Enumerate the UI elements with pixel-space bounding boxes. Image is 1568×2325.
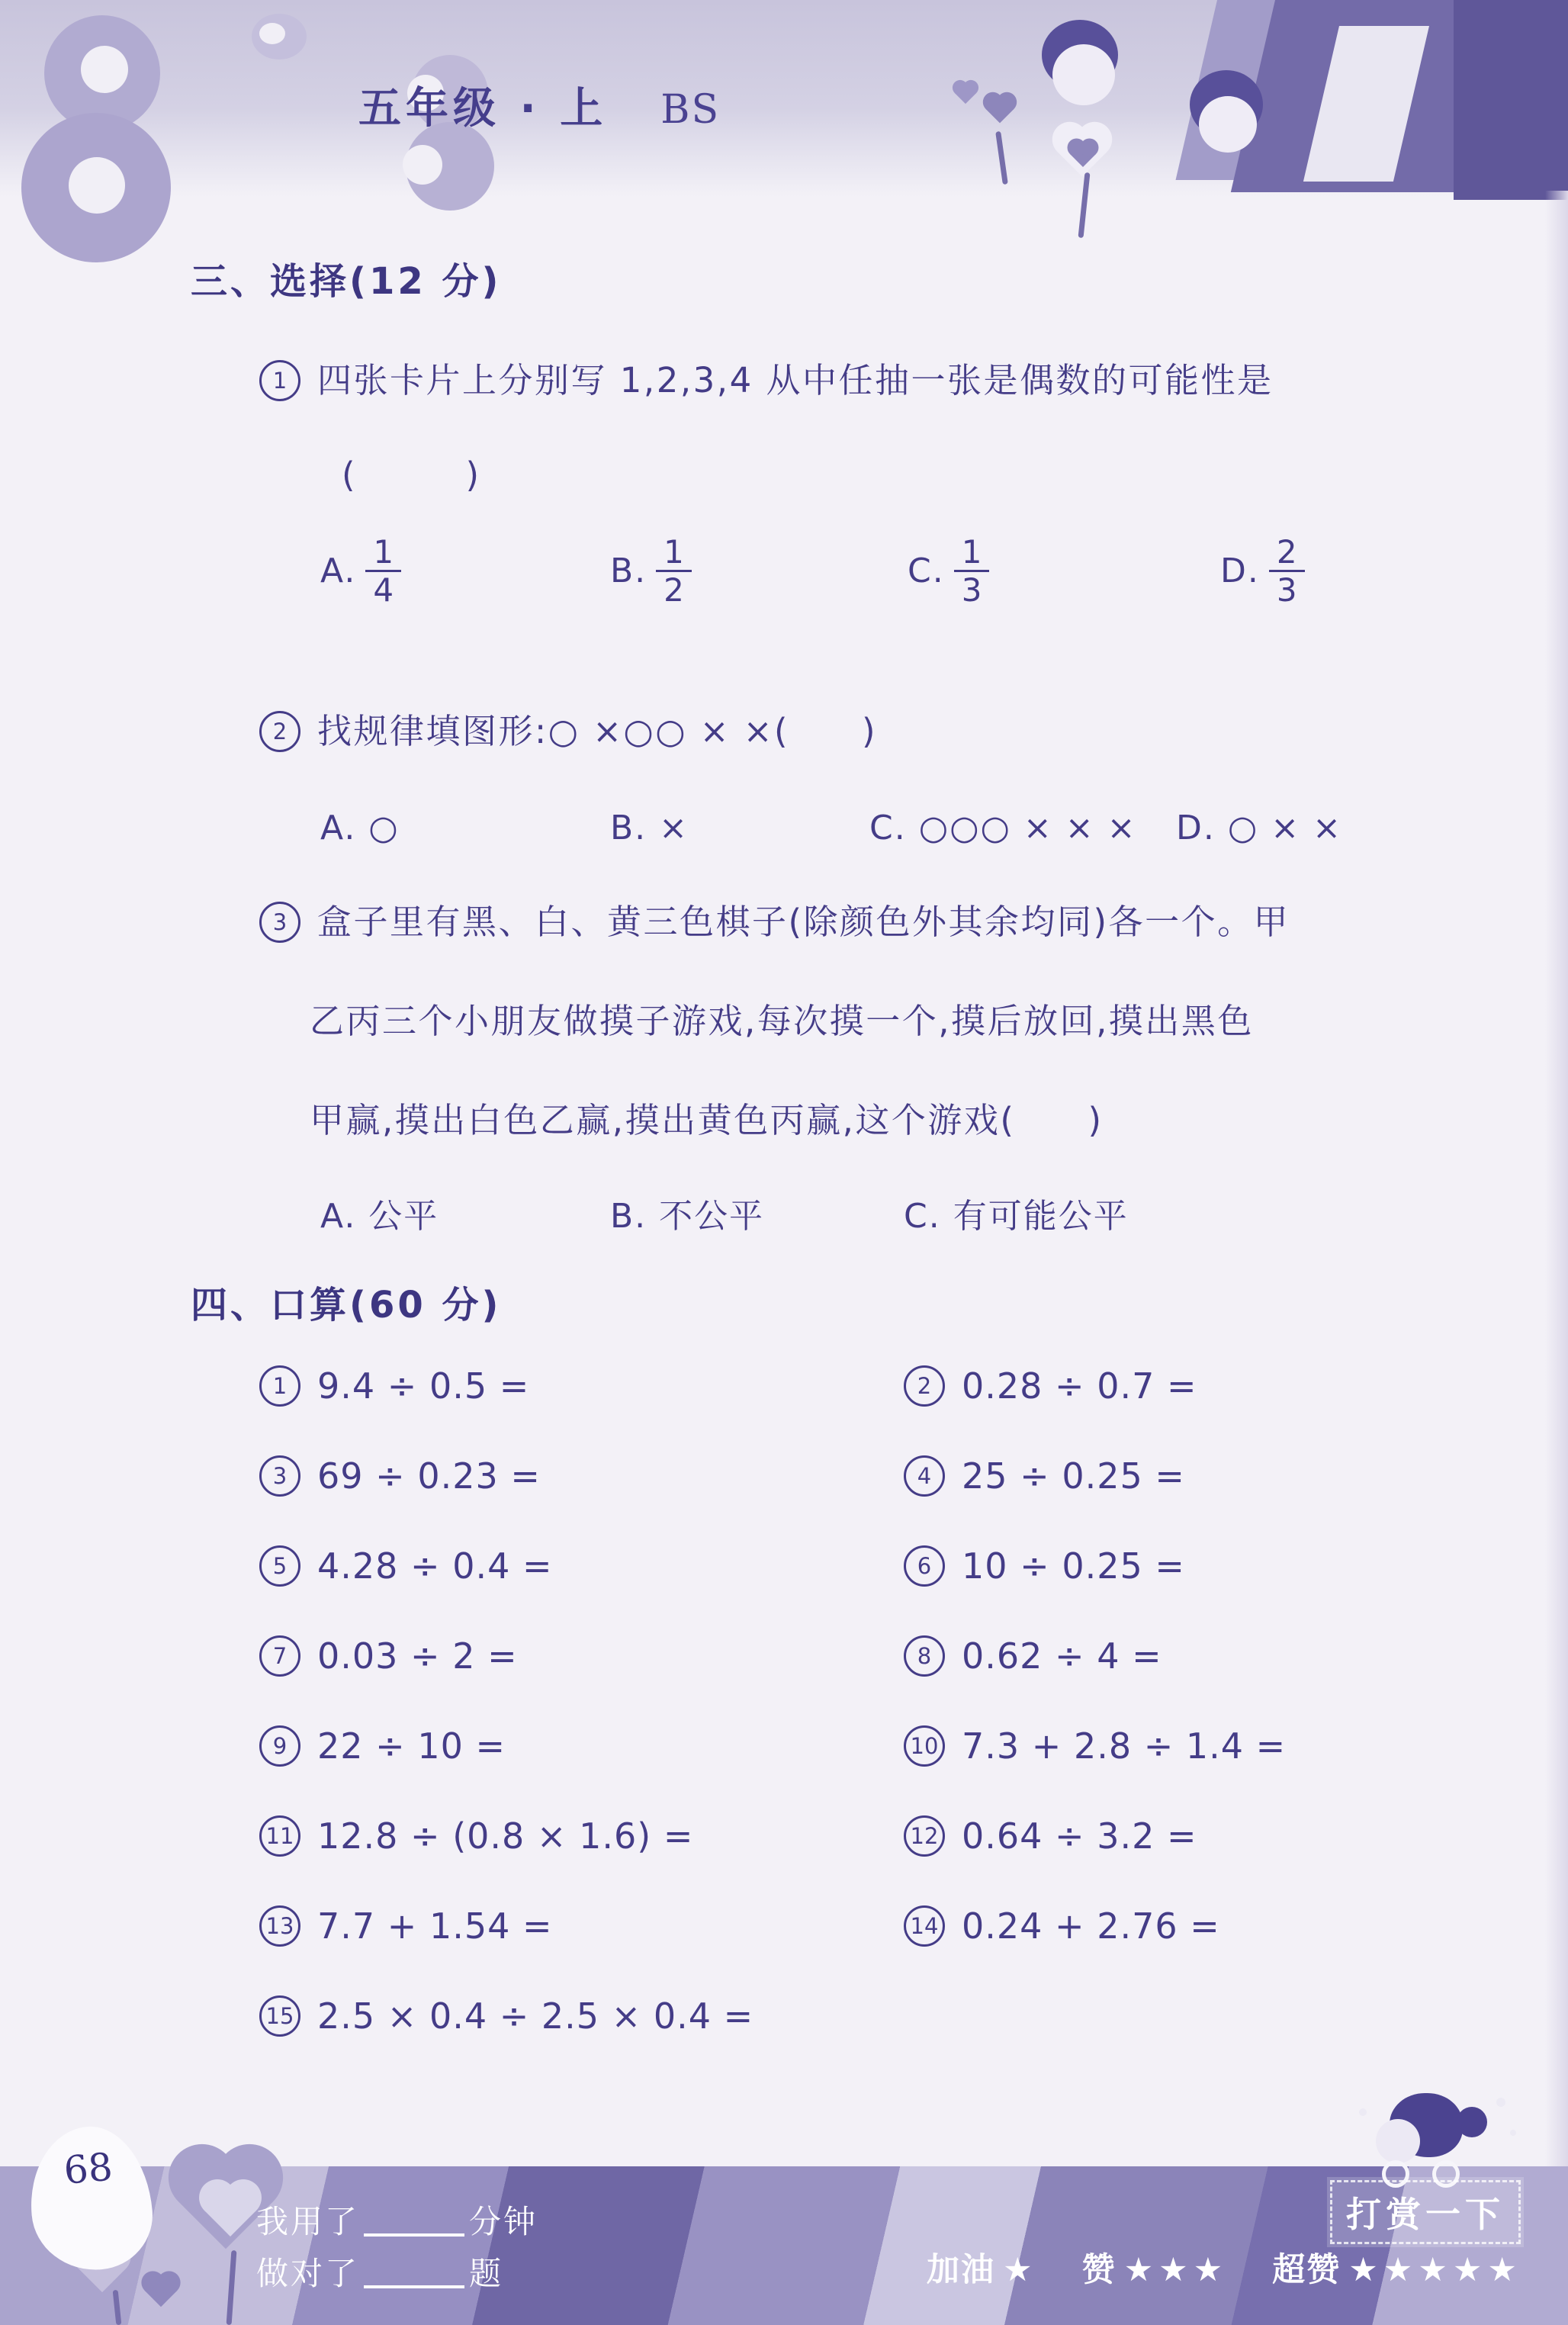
fraction: 1 2 [656,534,692,608]
problem-13: 137.7 + 1.54 = [259,1905,904,1947]
problem-9: 922 ÷ 10 = [259,1725,904,1767]
grid-spacer [904,1995,1495,2037]
time-used-suffix: 分钟 [469,2197,538,2243]
numerator: 1 [656,534,692,570]
problem-number: 13 [259,1905,300,1947]
q2-option-a: A. ○ [320,809,400,847]
problem-4: 425 ÷ 0.25 = [904,1455,1495,1497]
problem-number: 14 [904,1905,945,1947]
fraction: 1 3 [954,534,990,608]
problem-14: 140.24 + 2.76 = [904,1905,1495,1947]
rating-item: 赞★★★ [1082,2244,1229,2291]
question-1-answer-blank: ( ) [342,455,481,496]
problem-expression: 7.3 + 2.8 ÷ 1.4 = [962,1725,1286,1767]
problem-1: 19.4 ÷ 0.5 = [259,1365,904,1407]
problem-expression: 4.28 ÷ 0.4 = [317,1545,553,1587]
reward-button: 打赏一下 [1327,2177,1524,2247]
q1-option-a: A. 1 4 [320,534,401,608]
question-2: 2 找规律填图形:○ ×○○ × ×( ) [259,711,877,752]
problem-number: 15 [259,1995,300,2037]
blackboard-shape-decoration [1454,0,1568,200]
problem-expression: 12.8 ÷ (0.8 × 1.6) = [317,1815,693,1857]
problem-number: 8 [904,1635,945,1677]
answer-parentheses: ( ) [342,455,481,496]
problem-3: 369 ÷ 0.23 = [259,1455,904,1497]
problem-expression: 0.64 ÷ 3.2 = [962,1815,1197,1857]
q2-option-c: C. ○○○ × × × [869,809,1136,847]
star-icon: ★★★★★ [1348,2251,1522,2289]
page-number: 68 [62,2144,114,2192]
q1-option-b: B. 1 2 [610,534,692,608]
sparkle-dot [1496,2098,1505,2107]
correct-count-prefix: 做对了 [256,2249,359,2294]
correct-count-line: 做对了 题 [256,2249,503,2294]
girl-hair-bun [1457,2107,1487,2137]
option-label: A. [320,552,356,590]
problem-expression: 0.62 ÷ 4 = [962,1635,1162,1677]
problem-number: 2 [904,1365,945,1407]
star-icon: ★ [1003,2251,1038,2289]
q3-option-a: A. 公平 [320,1188,439,1237]
problem-11: 1112.8 ÷ (0.8 × 1.6) = [259,1815,904,1857]
star-icon: ★★★ [1124,2251,1229,2289]
problem-10: 107.3 + 2.8 ÷ 1.4 = [904,1725,1495,1767]
problem-expression: 22 ÷ 10 = [317,1725,506,1767]
problem-6: 610 ÷ 0.25 = [904,1545,1495,1587]
question-text: 乙丙三个小朋友做摸子游戏,每次摸一个,摸后放回,摸出黑色 [310,1001,1254,1042]
girl-face [1376,2119,1420,2163]
problem-expression: 0.28 ÷ 0.7 = [962,1365,1197,1407]
denominator: 3 [1269,570,1305,608]
question-3-line3: 甲赢,摸出白色乙赢,摸出黄色丙赢,这个游戏( ) [310,1100,1104,1141]
problem-expression: 10 ÷ 0.25 = [962,1545,1185,1587]
problem-expression: 0.03 ÷ 2 = [317,1635,518,1677]
problem-expression: 7.7 + 1.54 = [317,1905,553,1947]
question-3: 3 盒子里有黑、白、黄三色棋子(除颜色外其余均同)各一个。甲 [259,902,1290,943]
option-label: B. [610,552,647,590]
mental-math-grid: 19.4 ÷ 0.5 = 20.28 ÷ 0.7 = 369 ÷ 0.23 = … [259,1365,1495,2037]
q2-option-d: D. ○ × × [1176,809,1342,847]
header-decorative-band [0,0,1568,197]
header-title: 五年级 · 上 BS [358,75,720,136]
sparkle-dot [1510,2130,1516,2136]
problem-2: 20.28 ÷ 0.7 = [904,1365,1495,1407]
time-used-blank [364,2230,464,2237]
fraction: 2 3 [1269,534,1305,608]
problem-number: 4 [904,1455,945,1497]
problem-expression: 2.5 × 0.4 ÷ 2.5 × 0.4 = [317,1995,753,2037]
problem-number: 5 [259,1545,300,1587]
correct-count-blank [364,2282,464,2288]
problem-number: 7 [259,1635,300,1677]
rating-legend: 加油★ 赞★★★ 超赞★★★★★ [927,2244,1522,2291]
rating-item: 加油★ [927,2244,1038,2291]
problem-number: 10 [904,1725,945,1767]
q3-option-b: B. 不公平 [610,1188,764,1237]
question-1-text: 四张卡片上分别写 1,2,3,4 从中任抽一张是偶数的可能性是 [317,360,1274,401]
time-used-line: 我用了 分钟 [256,2197,538,2243]
problem-expression: 0.24 + 2.76 = [962,1905,1220,1947]
edition-label: BS [660,87,720,133]
rating-label: 超赞 [1272,2251,1341,2289]
problem-number: 3 [259,1455,300,1497]
question-3-number: 3 [259,902,300,943]
flower-stem [1078,172,1091,238]
section-4-title: 四、口算(60 分) [191,1275,501,1328]
q3-option-c: C. 有可能公平 [904,1188,1129,1237]
rating-label: 赞 [1082,2251,1117,2289]
number8-bubble-decoration [21,113,171,262]
grade-title: 五年级 · 上 [358,75,607,136]
q2-option-b: B. × [610,809,689,847]
denominator: 3 [954,570,990,608]
problem-number: 6 [904,1545,945,1587]
numerator: 2 [1269,534,1305,570]
heart-icon [986,95,1014,124]
girl-face [1199,96,1257,153]
section-3-title: 三、选择(12 分) [191,252,501,304]
correct-count-suffix: 题 [469,2249,503,2294]
problem-15: 152.5 × 0.4 ÷ 2.5 × 0.4 = [259,1995,904,2037]
rating-item: 超赞★★★★★ [1272,2244,1522,2291]
numerator: 1 [954,534,990,570]
problem-number: 1 [259,1365,300,1407]
heart-icon [955,82,976,104]
time-used-prefix: 我用了 [256,2197,359,2243]
question-2-number: 2 [259,711,300,752]
problem-number: 12 [904,1815,945,1857]
question-3-line2: 乙丙三个小朋友做摸子游戏,每次摸一个,摸后放回,摸出黑色 [310,1001,1254,1042]
problem-number: 9 [259,1725,300,1767]
numerator: 1 [365,534,401,570]
question-text: 甲赢,摸出白色乙赢,摸出黄色丙赢,这个游戏( ) [310,1100,1104,1141]
option-label: C. [908,552,945,590]
question-1-number: 1 [259,360,300,401]
problem-expression: 9.4 ÷ 0.5 = [317,1365,529,1407]
problem-expression: 25 ÷ 0.25 = [962,1455,1185,1497]
flower-stem [995,131,1008,185]
q1-option-c: C. 1 3 [908,534,989,608]
boy-face [1052,44,1115,105]
fraction: 1 4 [365,534,401,608]
denominator: 4 [365,570,401,608]
denominator: 2 [656,570,692,608]
sparkle-dot [1359,2108,1367,2116]
question-2-text: 找规律填图形:○ ×○○ × ×( ) [317,711,877,752]
problem-8: 80.62 ÷ 4 = [904,1635,1495,1677]
rating-label: 加油 [927,2251,995,2289]
problem-12: 120.64 ÷ 3.2 = [904,1815,1495,1857]
question-3-line1: 盒子里有黑、白、黄三色棋子(除颜色外其余均同)各一个。甲 [317,902,1290,943]
option-label: D. [1220,552,1260,590]
problem-expression: 69 ÷ 0.23 = [317,1455,541,1497]
q1-option-d: D. 2 3 [1220,534,1305,608]
problem-7: 70.03 ÷ 2 = [259,1635,904,1677]
problem-5: 54.28 ÷ 0.4 = [259,1545,904,1587]
scan-edge-shade [1545,191,1568,2166]
workbook-page: 五年级 · 上 BS 三、选择(12 分) 1 四张卡片上分别写 1,2,3,4… [0,0,1568,2325]
bubble-decoration [252,14,307,59]
question-1: 1 四张卡片上分别写 1,2,3,4 从中任抽一张是偶数的可能性是 [259,360,1274,401]
problem-number: 11 [259,1815,300,1857]
